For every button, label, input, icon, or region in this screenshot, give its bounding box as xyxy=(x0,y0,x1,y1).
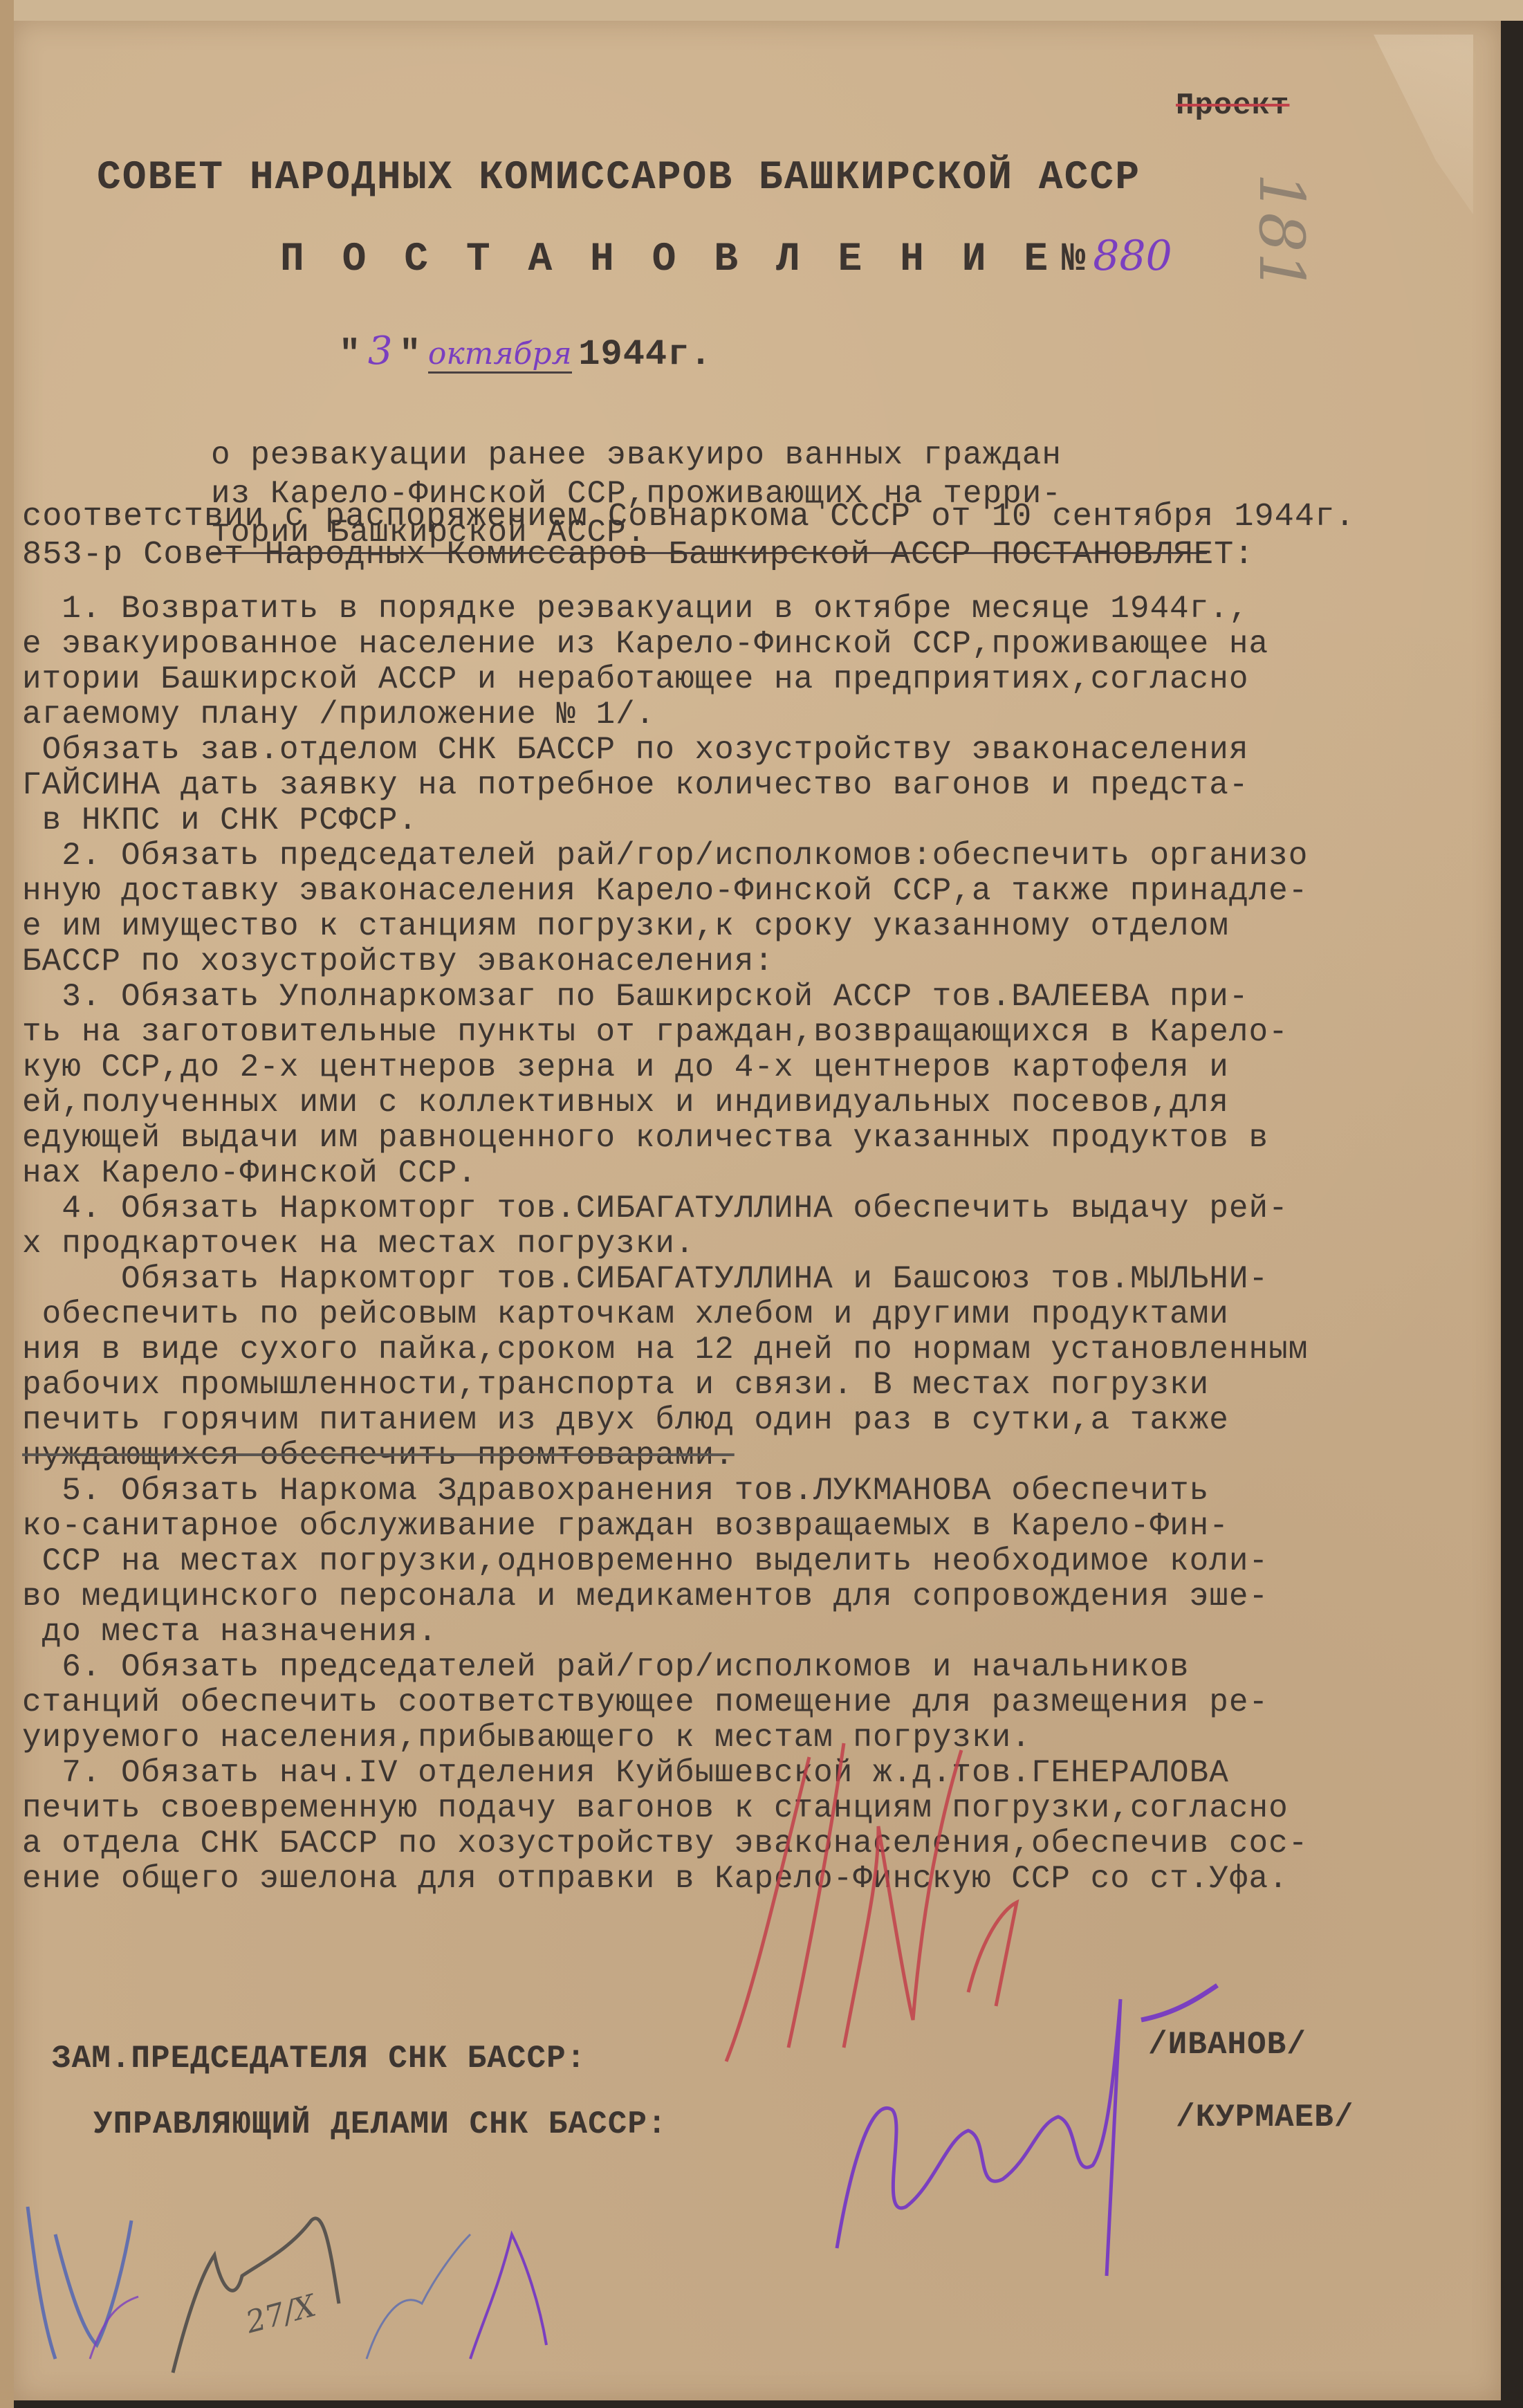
resolution-date: " 3 " октября 1944г. xyxy=(339,329,712,375)
body-line: 1. Возвратить в порядке реэвакуации в ок… xyxy=(22,591,1308,627)
body-line: печить горячим питанием из двух блюд оди… xyxy=(22,1403,1308,1438)
body-line: обеспечить по рейсовым карточкам хлебом … xyxy=(22,1297,1308,1332)
archive-sheet-mark: 181 xyxy=(1245,173,1318,292)
body-line: ГАЙСИНА дать заявку на потребное количес… xyxy=(22,768,1308,803)
body-line: ть на заготовительные пункты от граждан,… xyxy=(22,1015,1308,1050)
body-line: нах Карело-Финской ССР. xyxy=(22,1156,1308,1191)
body-line: уируемого населения,прибывающего к места… xyxy=(22,1720,1308,1756)
resolution-body: 1. Возвратить в порядке реэвакуации в ок… xyxy=(22,591,1308,1897)
violet-signature-icon xyxy=(809,1958,1238,2345)
document-page: Проект 181 СОВЕТ НАРОДНЫХ КОМИССАРОВ БАШ… xyxy=(14,21,1501,2400)
body-line: 6. Обязать председателей рай/гор/исполко… xyxy=(22,1650,1308,1685)
body-line-struck: нуждающихся обеспечить промтоварами. xyxy=(22,1438,1308,1473)
org-title: СОВЕТ НАРОДНЫХ КОМИССАРОВ БАШКИРСКОЙ АСС… xyxy=(97,156,1141,201)
preamble-line-1: соответствии с распоряжением Совнаркома … xyxy=(22,498,1356,536)
date-year: 1944г. xyxy=(578,334,712,375)
number-sign: № xyxy=(1062,237,1087,282)
body-line: 4. Обязать Наркомторг тов.СИБАГАТУЛЛИНА … xyxy=(22,1191,1308,1226)
draft-mark: Проект xyxy=(1176,89,1289,123)
body-line: во медицинского персонала и медикаментов… xyxy=(22,1579,1308,1615)
body-line: 3. Обязать Уполнаркомзаг по Башкирской А… xyxy=(22,980,1308,1015)
body-line: рабочих промышленности,транспорта и связ… xyxy=(22,1368,1308,1403)
body-line: ко-санитарное обслуживание граждан возвр… xyxy=(22,1509,1308,1544)
body-line: станций обеспечить соответствующее помещ… xyxy=(22,1685,1308,1720)
scan-left-edge xyxy=(0,0,14,2408)
body-line: е им имущество к станциям погрузки,к сро… xyxy=(22,909,1308,944)
margin-visa-signatures-icon xyxy=(14,2179,636,2400)
body-line: ССР на местах погрузки,одновременно выде… xyxy=(22,1544,1308,1579)
body-line: ния в виде сухого пайка,сроком на 12 дне… xyxy=(22,1332,1308,1368)
body-line: печить своевременную подачу вагонов к ст… xyxy=(22,1791,1308,1826)
signature-title-deputy-chair: ЗАМ.ПРЕДСЕДАТЕЛЯ СНК БАССР: xyxy=(52,2041,586,2077)
resolution-heading: П О С Т А Н О В Л Е Н И Е № 880 xyxy=(280,232,1172,282)
preamble: соответствии с распоряжением Совнаркома … xyxy=(22,498,1356,574)
subject-line-1: о реэвакуации ранее эвакуиро ванных граж… xyxy=(211,436,1207,475)
resolution-type: П О С Т А Н О В Л Е Н И Е xyxy=(280,237,1055,282)
date-open-quote: " xyxy=(339,334,361,375)
body-line: а отдела СНК БАССР по хозустройству эвак… xyxy=(22,1826,1308,1862)
folded-corner xyxy=(1349,35,1473,214)
preamble-line-2: 853-р Совет Народных Комиссаров Башкирск… xyxy=(22,536,1356,574)
body-line: 5. Обязать Наркома Здравохранения тов.ЛУ… xyxy=(22,1473,1308,1509)
body-line: кую ССР,до 2-х центнеров зерна и до 4-х … xyxy=(22,1050,1308,1085)
body-line: 7. Обязать нач.IV отделения Куйбышевской… xyxy=(22,1756,1308,1791)
body-line: до места назначения. xyxy=(22,1615,1308,1650)
body-line: в НКПС и СНК РСФСР. xyxy=(22,803,1308,838)
date-month: октября xyxy=(428,336,572,374)
resolution-number: 880 xyxy=(1093,232,1172,280)
scan-top-edge xyxy=(0,0,1523,21)
date-close-quote: " xyxy=(399,334,421,375)
signature-title-business-manager: УПРАВЛЯЮЩИЙ ДЕЛАМИ СНК БАССР: xyxy=(93,2106,667,2142)
body-line: Обязать Наркомторг тов.СИБАГАТУЛЛИНА и Б… xyxy=(22,1262,1308,1297)
body-line: ей,полученных ими с коллективных и индив… xyxy=(22,1085,1308,1121)
body-line: Обязать зав.отделом СНК БАССР по хозустр… xyxy=(22,733,1308,768)
body-line: нную доставку эваконаселения Карело-Финс… xyxy=(22,874,1308,909)
body-line: агаемому плану /приложение № 1/. xyxy=(22,697,1308,733)
date-day: 3 xyxy=(368,329,393,374)
body-line: БАССР по хозустройству эваконаселения: xyxy=(22,944,1308,980)
body-line: х продкарточек на местах погрузки. xyxy=(22,1226,1308,1262)
body-line: едующей выдачи им равноценного количеств… xyxy=(22,1121,1308,1156)
body-line: ение общего эшелона для отправки в Карел… xyxy=(22,1862,1308,1897)
body-line: итории Башкирской АССР и неработающее на… xyxy=(22,662,1308,697)
body-line: 2. Обязать председателей рай/гор/исполко… xyxy=(22,838,1308,874)
body-line: е эвакуированное население из Карело-Фин… xyxy=(22,627,1308,662)
